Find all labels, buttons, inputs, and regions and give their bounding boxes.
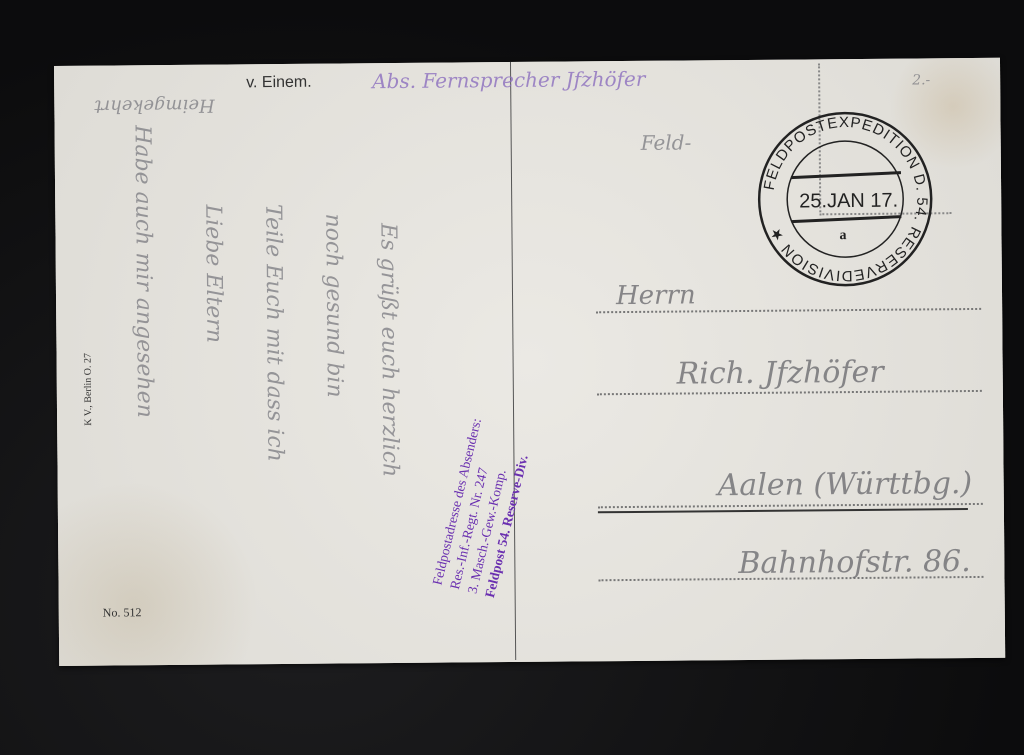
handwriting-mark: 2.- [912, 72, 930, 88]
address-line: Herrn [616, 280, 696, 311]
center-divider [510, 62, 516, 660]
card-number: No. 512 [103, 605, 142, 620]
handwriting-line: Liebe Eltern [200, 205, 226, 344]
sender-header: v. Einem. [246, 74, 312, 93]
sender-address-stamp: Feldpostadresse des Absenders: Res.-Inf.… [429, 416, 539, 599]
handwriting-line: Heimgekehrt [94, 95, 215, 117]
address-line: Bahnhofstr. 86. [738, 544, 971, 581]
violet-handwriting: Abs. Fernsprecher Jfzhöfer [372, 67, 645, 93]
postmark-icon: FELDPOSTEXPEDITION D. 54. RESERVEDIVISIO… [754, 108, 936, 290]
address-line: Rich. Jfzhöfer [677, 355, 884, 392]
handwriting-mark: Feld- [641, 130, 692, 154]
address-line: Aalen (Württbg.) [718, 466, 973, 503]
handwriting-line: Teile Euch mit dass ich [260, 204, 287, 462]
publisher-imprint: K V., Berlin O. 27 [83, 353, 95, 426]
address-underline [598, 508, 968, 513]
svg-text:a: a [839, 228, 846, 243]
svg-text:25.JAN 17.: 25.JAN 17. [799, 190, 898, 213]
handwriting-line: Habe auch mir angesehen [130, 125, 158, 418]
handwriting-line: Es grüßt euch herzlich [375, 223, 402, 477]
postcard: v. Einem. Abs. Fernsprecher Jfzhöfer Hei… [54, 58, 1005, 666]
address-dotted-line [597, 390, 982, 395]
handwriting-line: noch gesund bin [320, 213, 347, 397]
